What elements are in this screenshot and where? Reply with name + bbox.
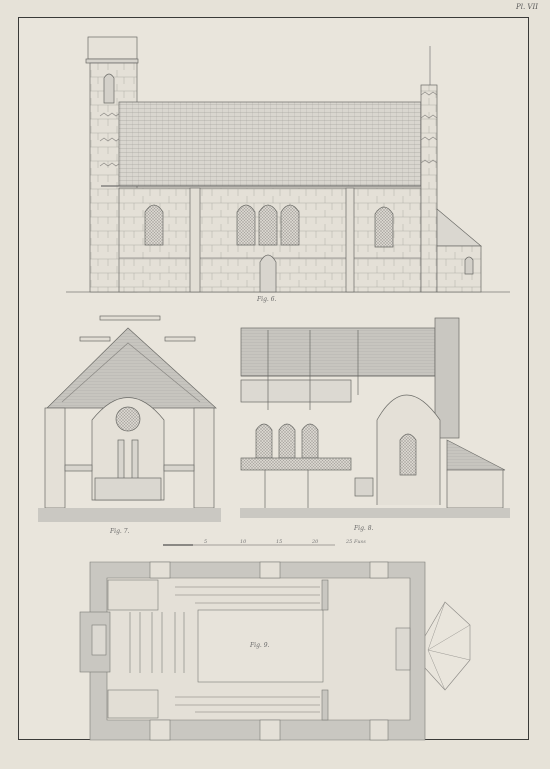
scale-tick-5: 5 [204, 539, 207, 545]
scale-tick-25: 25 Fuss [345, 539, 366, 545]
scale-bar [163, 544, 335, 546]
fig6-label: Fig. 6. [256, 296, 277, 303]
fig7-cross-section [38, 316, 221, 522]
fig6-elevation [66, 37, 510, 292]
scale-tick-20: 20 [311, 539, 319, 545]
fig8-longitudinal-section [240, 318, 510, 518]
scale-tick-15: 15 [276, 539, 282, 545]
plate-drawings: Fig. 6. Fig. 7. [0, 0, 550, 769]
fig9-ground-plan [80, 562, 470, 740]
fig7-label: Fig. 7. [109, 528, 130, 535]
fig9-label: Fig. 9. [249, 642, 270, 649]
scale-tick-10: 10 [240, 539, 247, 545]
fig8-label: Fig. 8. [353, 525, 374, 532]
